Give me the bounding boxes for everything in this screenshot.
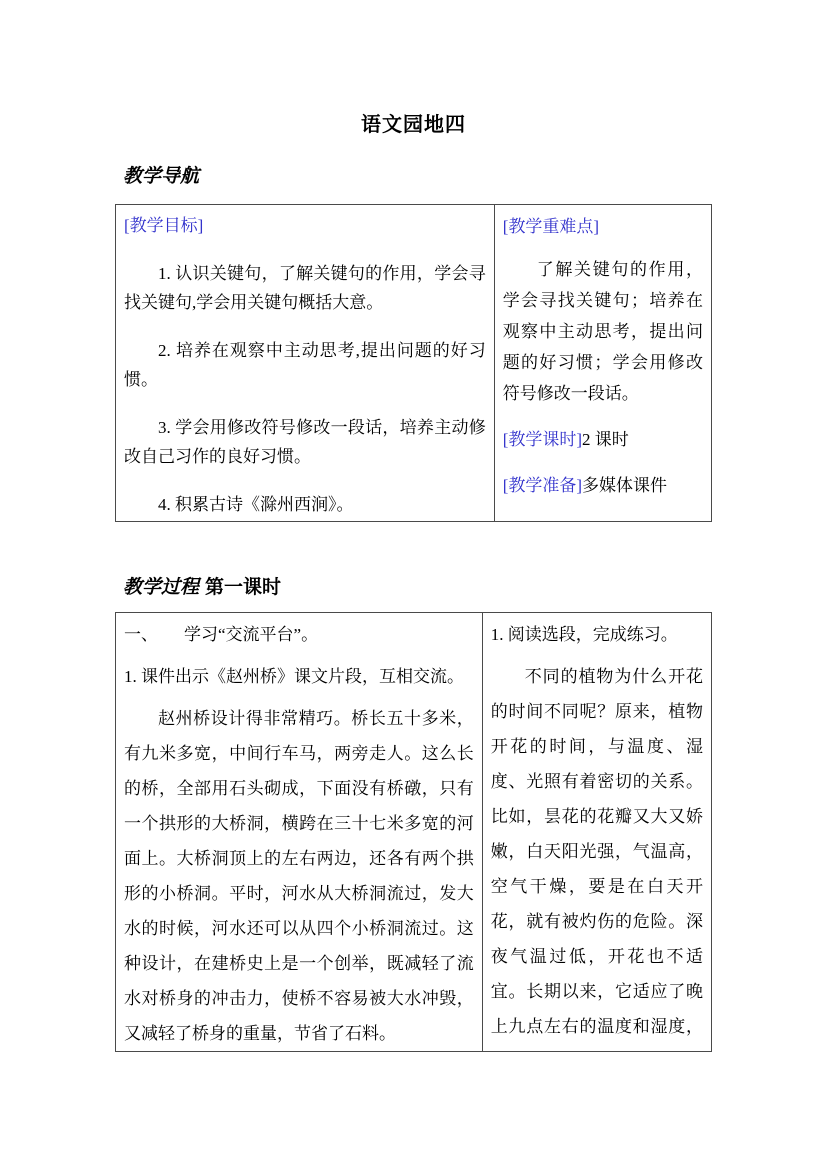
lesson-step-line: 1. 课件出示《赵州桥》课文片段，互相交流。 (124, 659, 474, 694)
preparation-value: 多媒体课件 (582, 476, 667, 495)
key-points-cell: [教学重难点] 了解关键句的作用，学会寻找关键句；培养在观察中主动思考，提出问题… (495, 205, 711, 521)
exercise-step-line: 1. 阅读选段，完成练习。 (491, 617, 703, 652)
objective-item: 4. 积累古诗《滁州西涧》。 (124, 490, 486, 519)
objectives-cell: [教学目标] 1. 认识关键句，了解关键句的作用，学会寻找关键句,学会用关键句概… (116, 205, 495, 521)
class-hours-line: [教学课时]2 课时 (503, 424, 703, 455)
objective-item: 1. 认识关键句，了解关键句的作用，学会寻找关键句,学会用关键句概括大意。 (124, 259, 486, 317)
lesson-steps-cell: 一、学习“交流平台”。 1. 课件出示《赵州桥》课文片段，互相交流。 赵州桥设计… (116, 613, 483, 1051)
zhaozhou-bridge-passage: 赵州桥设计得非常精巧。桥长五十多米，有九米多宽，中间行车马，两旁走人。这么长的桥… (124, 701, 474, 1051)
key-points-body: 了解关键句的作用，学会寻找关键句；培养在观察中主动思考，提出问题的好习惯；学会用… (503, 254, 703, 409)
flowers-passage: 不同的植物为什么开花的时间不同呢？原来，植物开花的时间，与温度、湿度、光照有着密… (491, 659, 703, 1051)
objectives-label: [教学目标] (124, 211, 486, 240)
section-heading-process: 教学过程第一课时 (123, 572, 281, 599)
lesson-step-title: 学习“交流平台”。 (184, 625, 318, 644)
key-points-label: [教学重难点] (503, 211, 703, 242)
teaching-overview-table: [教学目标] 1. 认识关键句，了解关键句的作用，学会寻找关键句,学会用关键句概… (115, 204, 712, 522)
doc-title: 语文园地四 (0, 108, 827, 137)
class-hours-value: 2 课时 (582, 430, 629, 449)
preparation-line: [教学准备]多媒体课件 (503, 470, 703, 501)
class-hours-label: [教学课时] (503, 430, 582, 449)
lesson-step-number: 一、 (124, 625, 158, 644)
lesson-step-heading: 一、学习“交流平台”。 (124, 617, 474, 652)
preparation-label: [教学准备] (503, 476, 582, 495)
objective-item: 3. 学会用修改符号修改一段话，培养主动修改自己习作的良好习惯。 (124, 413, 486, 471)
lesson-process-table: 一、学习“交流平台”。 1. 课件出示《赵州桥》课文片段，互相交流。 赵州桥设计… (115, 612, 712, 1052)
exercise-cell: 1. 阅读选段，完成练习。 不同的植物为什么开花的时间不同呢？原来，植物开花的时… (483, 613, 711, 1051)
process-heading-part1: 教学过程 (123, 577, 199, 598)
document-page: 语文园地四 教学导航 [教学目标] 1. 认识关键句，了解关键句的作用，学会寻找… (0, 0, 827, 1169)
objective-item: 2. 培养在观察中主动思考,提出问题的好习惯。 (124, 336, 486, 394)
section-heading-nav: 教学导航 (123, 161, 199, 188)
process-heading-part2: 第一课时 (205, 577, 281, 598)
